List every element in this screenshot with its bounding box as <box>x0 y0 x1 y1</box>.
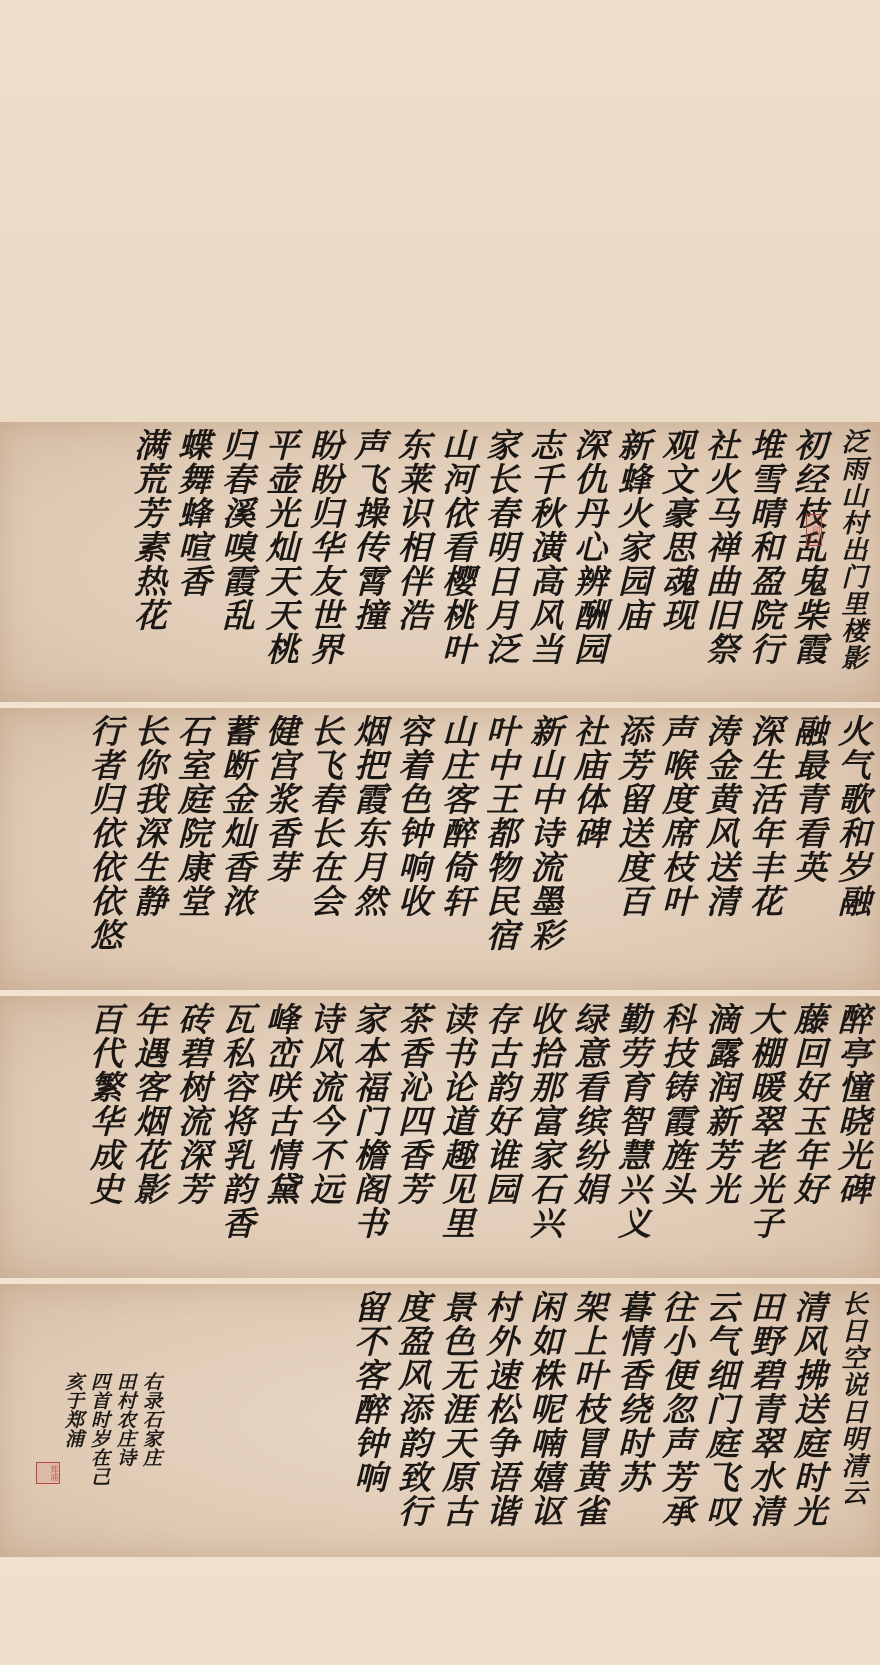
calligraphy-column: 健宫浆香芽 <box>258 714 302 984</box>
calligraphy-column: 平壶光灿天天桃 <box>258 428 302 696</box>
colophon-column: 四首时岁在己 <box>86 1372 112 1486</box>
seal-lower: 郑浦 <box>36 1462 60 1484</box>
calligraphy-column: 田野碧青翠水清 <box>742 1290 786 1551</box>
calligraphy-column: 行者归依依依悠 <box>82 714 126 984</box>
calligraphy-column: 瓦私容将乳韵香 <box>214 1002 258 1272</box>
calligraphy-column: 诗风流今不远 <box>302 1002 346 1272</box>
calligraphy-column: 往小便忽声芳承 <box>654 1290 698 1551</box>
calligraphy-column: 蓄断金灿香浓 <box>214 714 258 984</box>
calligraphy-column: 长日空说日明清云 <box>830 1290 874 1551</box>
calligraphy-column: 初经枝乱鬼柴霞 <box>786 428 830 696</box>
calligraphy-column: 度盈风添韵致行 <box>390 1290 434 1551</box>
calligraphy-column: 满荒芳素热花 <box>126 428 170 696</box>
calligraphy-column: 滴露润新芳光 <box>698 1002 742 1272</box>
scroll-top-mount <box>0 0 880 422</box>
calligraphy-column: 盼盼归华友世界 <box>302 428 346 696</box>
seal-upper: 印 <box>806 514 822 546</box>
calligraphy-column: 石室庭院康堂 <box>170 714 214 984</box>
calligraphy-column: 收拾那富家石兴 <box>522 1002 566 1272</box>
colophon-inscription: 右录石家庄田村农庄诗四首时岁在己亥于郑浦 <box>60 1372 164 1486</box>
calligraphy-column: 容着色钟响收 <box>390 714 434 984</box>
scroll-panel-3: 醉亭憧晓光碑藤回好玉年好大棚暖翠老光子滴露润新芳光科技铸霞旌头勤劳育智慧兴义绿意… <box>0 996 880 1278</box>
calligraphy-column: 茶香沁四香芳 <box>390 1002 434 1272</box>
calligraphy-column: 观文豪思魂现 <box>654 428 698 696</box>
calligraphy-column: 村外速松争语谐 <box>478 1290 522 1551</box>
calligraphy-column: 山庄客醉倚轩 <box>434 714 478 984</box>
calligraphy-column: 百代繁华成史 <box>82 1002 126 1272</box>
calligraphy-column: 云气细门庭飞叹 <box>698 1290 742 1551</box>
calligraphy-column: 景色无涯天原古 <box>434 1290 478 1551</box>
colophon-column: 右录石家庄 <box>138 1372 164 1486</box>
calligraphy-column: 长飞春长在会 <box>302 714 346 984</box>
calligraphy-column: 山河依看樱桃叶 <box>434 428 478 696</box>
calligraphy-column: 长你我深生静 <box>126 714 170 984</box>
colophon-column: 亥于郑浦 <box>60 1372 86 1486</box>
calligraphy-column: 声喉度席枝叶 <box>654 714 698 984</box>
calligraphy-column: 新山中诗流墨彩 <box>522 714 566 984</box>
calligraphy-column: 留不客醉钟响 <box>346 1290 390 1551</box>
scroll-panel-4: 长日空说日明清云清风拂送庭时光田野碧青翠水清云气细门庭飞叹往小便忽声芳承暮情香绕… <box>0 1284 880 1557</box>
colophon-column: 田村农庄诗 <box>112 1372 138 1486</box>
calligraphy-column: 家本福门檐阁书 <box>346 1002 390 1272</box>
calligraphy-column: 深生活年丰花 <box>742 714 786 984</box>
panel-4-columns: 长日空说日明清云清风拂送庭时光田野碧青翠水清云气细门庭飞叹往小便忽声芳承暮情香绕… <box>300 1290 874 1551</box>
calligraphy-column: 绿意看缤纷娟 <box>566 1002 610 1272</box>
calligraphy-column: 社庙体碑 <box>566 714 610 984</box>
calligraphy-column: 科技铸霞旌头 <box>654 1002 698 1272</box>
calligraphy-column: 深仇丹心辨酬园 <box>566 428 610 696</box>
calligraphy-column: 叶中王都物民宿 <box>478 714 522 984</box>
calligraphy-column: 醉亭憧晓光碑 <box>830 1002 874 1272</box>
calligraphy-column: 添芳留送度百 <box>610 714 654 984</box>
calligraphy-column: 勤劳育智慧兴义 <box>610 1002 654 1272</box>
calligraphy-column: 年遇客烟花影 <box>126 1002 170 1272</box>
calligraphy-column: 峰峦咲古情黛 <box>258 1002 302 1272</box>
calligraphy-column: 堆雪晴和盈院行 <box>742 428 786 696</box>
calligraphy-column: 声飞操传霄撞 <box>346 428 390 696</box>
scroll-panel-2: 火气歌和岁融融最青看英深生活年丰花涛金黄风送清声喉度席枝叶添芳留送度百社庙体碑新… <box>0 708 880 990</box>
calligraphy-column: 志千秋潢高风当 <box>522 428 566 696</box>
calligraphy-column: 架上叶枝冒黄雀 <box>566 1290 610 1551</box>
calligraphy-column: 社火马禅曲旧祭 <box>698 428 742 696</box>
calligraphy-column: 蝶舞蜂喧香 <box>170 428 214 696</box>
panel-3-columns: 醉亭憧晓光碑藤回好玉年好大棚暖翠老光子滴露润新芳光科技铸霞旌头勤劳育智慧兴义绿意… <box>6 1002 874 1272</box>
panel-1-columns: 泛雨山村出门里楼影初经枝乱鬼柴霞堆雪晴和盈院行社火马禅曲旧祭观文豪思魂现新蜂火家… <box>6 428 874 696</box>
calligraphy-column: 读书论道趣见里 <box>434 1002 478 1272</box>
calligraphy-column: 家长春明日月泛 <box>478 428 522 696</box>
calligraphy-column: 砖碧树流深芳 <box>170 1002 214 1272</box>
calligraphy-column: 存古韵好谁园 <box>478 1002 522 1272</box>
calligraphy-column: 藤回好玉年好 <box>786 1002 830 1272</box>
scroll-bottom-mount <box>0 1557 880 1665</box>
scroll-panel-1: 泛雨山村出门里楼影初经枝乱鬼柴霞堆雪晴和盈院行社火马禅曲旧祭观文豪思魂现新蜂火家… <box>0 422 880 702</box>
calligraphy-column: 涛金黄风送清 <box>698 714 742 984</box>
calligraphy-column: 融最青看英 <box>786 714 830 984</box>
calligraphy-column: 闲如株呢喃嬉讴 <box>522 1290 566 1551</box>
calligraphy-column: 大棚暖翠老光子 <box>742 1002 786 1272</box>
panel-2-columns: 火气歌和岁融融最青看英深生活年丰花涛金黄风送清声喉度席枝叶添芳留送度百社庙体碑新… <box>6 714 874 984</box>
calligraphy-column: 清风拂送庭时光 <box>786 1290 830 1551</box>
calligraphy-column: 东莱识相伴浩 <box>390 428 434 696</box>
calligraphy-column: 烟把霞东月然 <box>346 714 390 984</box>
calligraphy-column: 暮情香绕时苏 <box>610 1290 654 1551</box>
calligraphy-column: 泛雨山村出门里楼影 <box>830 428 874 696</box>
calligraphy-column: 归春溪嗅霞乱 <box>214 428 258 696</box>
calligraphy-column: 火气歌和岁融 <box>830 714 874 984</box>
calligraphy-column: 新蜂火家园庙 <box>610 428 654 696</box>
